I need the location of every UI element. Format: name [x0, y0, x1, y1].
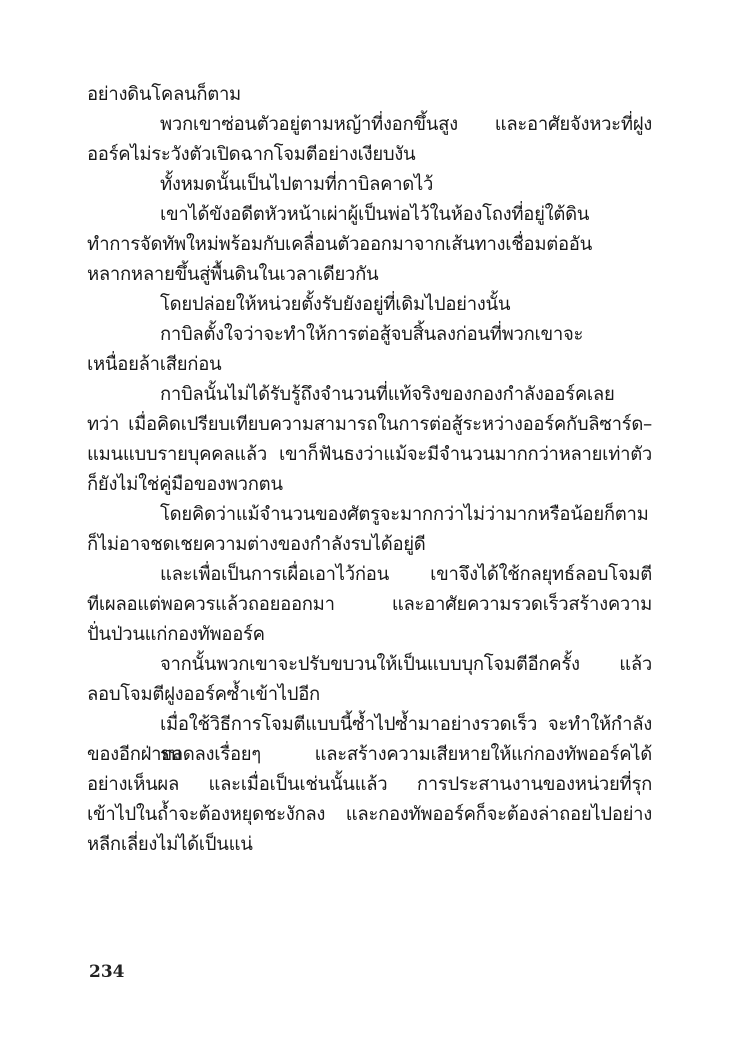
text-line: เข้าไปในถ้ำจะต้องหยุดชะงักลง และกองทัพออ…: [87, 800, 652, 830]
text-line: ทำการจัดทัพใหม่พร้อมกับเคลื่อนตัวออกมาจา…: [87, 230, 652, 260]
line-text: หลากหลายขึ้นสู่พื้นดินในเวลาเดียวกัน: [87, 260, 378, 290]
line-text: เหนื่อยล้าเสียก่อน: [87, 350, 221, 380]
line-text: เข้าไปในถ้ำจะต้องหยุดชะงักลง และกองทัพออ…: [87, 804, 652, 825]
line-text: ทั้งหมดนั้นเป็นไปตามที่กาบิลคาดไว้: [160, 170, 433, 200]
text-line: แมนแบบรายบุคคลแล้ว เขาก็ฟันธงว่าแม้จะมีจ…: [87, 440, 652, 470]
text-line: ก็ยังไม่ใช่คู่มือของพวกตน: [87, 470, 652, 500]
line-text: ก็ไม่อาจชดเชยความต่างของกำลังรบได้อยู่ดี: [87, 530, 426, 560]
line-text: ทีเผลอแต่พอควรแล้วถอยออกมา และอาศัยความร…: [87, 594, 652, 615]
line-text: โดยปล่อยให้หน่วยตั้งรับยังอยู่ที่เดิมไปอ…: [160, 290, 510, 320]
text-line: เขาได้ขังอดีตหัวหน้าเผ่าผู้เป็นพ่อไว้ในห…: [87, 200, 652, 230]
line-text: ออร์คไม่ระวังตัวเปิดฉากโจมตีอย่างเงียบงั…: [87, 140, 415, 170]
line-text: กาบิลนั้นไม่ได้รับรู้ถึงจำนวนที่แท้จริงข…: [160, 384, 615, 405]
text-line: อย่างเห็นผล และเมื่อเป็นเช่นนั้นแล้ว การ…: [87, 770, 652, 800]
text-line: หลากหลายขึ้นสู่พื้นดินในเวลาเดียวกัน: [87, 260, 652, 290]
line-text: เขาได้ขังอดีตหัวหน้าเผ่าผู้เป็นพ่อไว้ในห…: [160, 204, 589, 225]
text-line: ทีเผลอแต่พอควรแล้วถอยออกมา และอาศัยความร…: [87, 590, 652, 620]
text-line: กาบิลตั้งใจว่าจะทำให้การต่อสู้จบสิ้นลงก่…: [87, 320, 652, 350]
line-text: อย่างเห็นผล และเมื่อเป็นเช่นนั้นแล้ว การ…: [87, 774, 652, 795]
text-line: เหนื่อยล้าเสียก่อน: [87, 350, 652, 380]
line-text: กาบิลตั้งใจว่าจะทำให้การต่อสู้จบสิ้นลงก่…: [160, 324, 583, 345]
text-line: จากนั้นพวกเขาจะปรับขบวนให้เป็นแบบบุกโจมต…: [87, 650, 652, 680]
line-text: ทว่า เมื่อคิดเปรียบเทียบความสามารถในการต…: [87, 414, 652, 435]
line-text: แมนแบบรายบุคคลแล้ว เขาก็ฟันธงว่าแม้จะมีจ…: [87, 444, 652, 465]
text-line: โดยคิดว่าแม้จำนวนของศัตรูจะมากกว่าไม่ว่า…: [87, 500, 652, 530]
text-line: ลอบโจมตีฝูงออร์คซ้ำเข้าไปอีก: [87, 680, 652, 710]
line-text: ทำการจัดทัพใหม่พร้อมกับเคลื่อนตัวออกมาจา…: [87, 234, 592, 255]
text-line: และเพื่อเป็นการเผื่อเอาไว้ก่อน เขาจึงได้…: [87, 560, 652, 590]
text-line: เมื่อใช้วิธีการโจมตีแบบนี้ซ้ำไปซ้ำมาอย่า…: [87, 710, 652, 740]
line-text: ของอีกฝ่ายลดลงเรื่อยๆ และสร้างความเสียหา…: [87, 744, 652, 765]
text-line: ออร์คไม่ระวังตัวเปิดฉากโจมตีอย่างเงียบงั…: [87, 140, 652, 170]
text-line: พวกเขาซ่อนตัวอยู่ตามหญ้าที่งอกขึ้นสูง แล…: [87, 110, 652, 140]
line-text: โดยคิดว่าแม้จำนวนของศัตรูจะมากกว่าไม่ว่า…: [160, 504, 649, 525]
text-line: อย่างดินโคลนก็ตาม: [87, 80, 652, 110]
line-text: พวกเขาซ่อนตัวอยู่ตามหญ้าที่งอกขึ้นสูง แล…: [160, 114, 652, 135]
page-number: 234: [89, 962, 125, 982]
line-text: จากนั้นพวกเขาจะปรับขบวนให้เป็นแบบบุกโจมต…: [160, 654, 652, 675]
page-body-text: อย่างดินโคลนก็ตาม พวกเขาซ่อนตัวอยู่ตามหญ…: [87, 80, 652, 860]
line-text: ลอบโจมตีฝูงออร์คซ้ำเข้าไปอีก: [87, 680, 320, 710]
text-line: ทั้งหมดนั้นเป็นไปตามที่กาบิลคาดไว้: [87, 170, 652, 200]
line-text: หลีกเลี่ยงไม่ได้เป็นแน่: [87, 830, 253, 860]
text-line: ปั่นป่วนแก่กองทัพออร์ค: [87, 620, 652, 650]
line-text: ปั่นป่วนแก่กองทัพออร์ค: [87, 620, 265, 650]
text-line: ของอีกฝ่ายลดลงเรื่อยๆ และสร้างความเสียหา…: [87, 740, 652, 770]
text-line: ทว่า เมื่อคิดเปรียบเทียบความสามารถในการต…: [87, 410, 652, 440]
text-line: โดยปล่อยให้หน่วยตั้งรับยังอยู่ที่เดิมไปอ…: [87, 290, 652, 320]
text-line: ก็ไม่อาจชดเชยความต่างของกำลังรบได้อยู่ดี: [87, 530, 652, 560]
line-text: ก็ยังไม่ใช่คู่มือของพวกตน: [87, 470, 283, 500]
text-line: กาบิลนั้นไม่ได้รับรู้ถึงจำนวนที่แท้จริงข…: [87, 380, 652, 410]
line-text: อย่างดินโคลนก็ตาม: [87, 80, 241, 110]
text-line: หลีกเลี่ยงไม่ได้เป็นแน่: [87, 830, 652, 860]
line-text: และเพื่อเป็นการเผื่อเอาไว้ก่อน เขาจึงได้…: [160, 564, 652, 585]
